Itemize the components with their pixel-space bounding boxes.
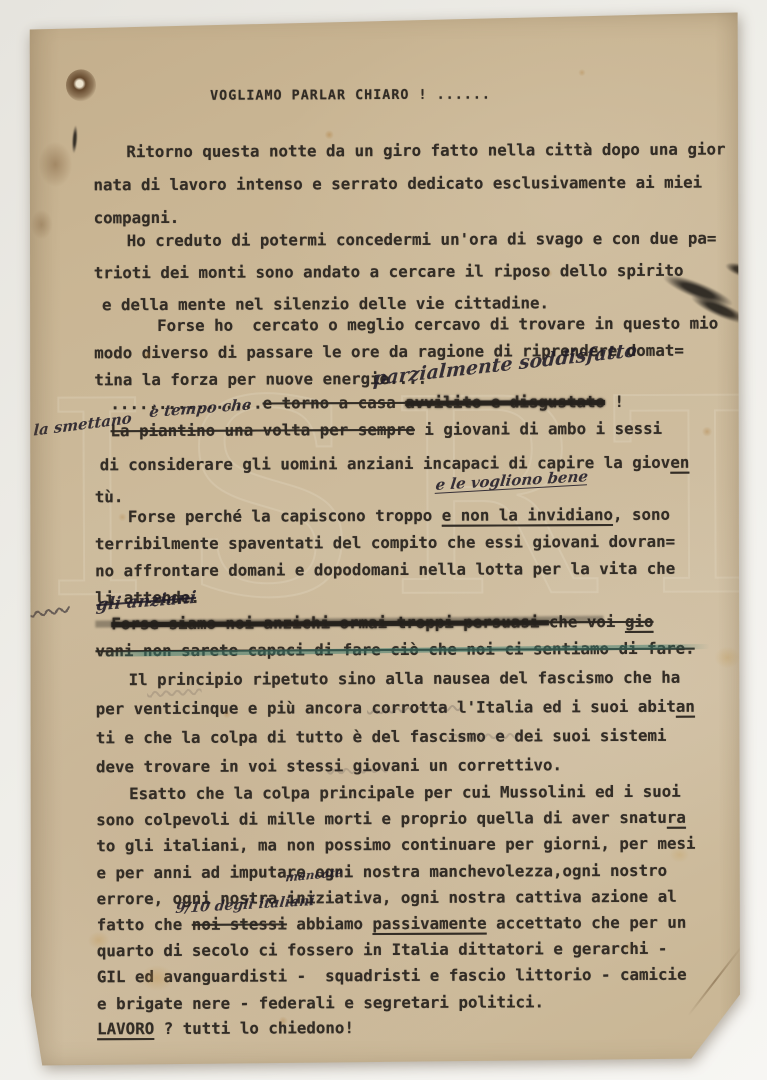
ink-scribble: mmmmmmmmm bbox=[327, 754, 389, 771]
typed-line: nata di lavoro intenso e serrato dedicat… bbox=[93, 166, 721, 202]
typed-paragraph: LAVORO ? tutti lo chiedono! bbox=[97, 1013, 725, 1043]
typed-text-segment: Forse siamo noi anzichi ormai troppi per… bbox=[111, 612, 549, 633]
paper-stain bbox=[578, 69, 586, 76]
typed-line: di considerare gli uomini anziani incapa… bbox=[95, 447, 723, 482]
typed-text-segment: Forse perché la capiscono troppo bbox=[128, 506, 442, 526]
typed-paragraph: La piantino una volta per sempre i giova… bbox=[94, 415, 722, 445]
typed-line: Forse ho cercato o meglio cercavo di tro… bbox=[94, 310, 722, 340]
document-page: ISRT VOGLIAMO PARLAR CHIARO ! ...... Rit… bbox=[24, 10, 749, 1069]
typed-text-segment: noi stessi bbox=[192, 914, 287, 933]
ink-smudge bbox=[724, 260, 760, 282]
typed-line: GIL ed avanguardisti - squadristi e fasc… bbox=[97, 962, 725, 991]
typed-text-segment: to gli italiani, ma non possimo continua… bbox=[96, 834, 695, 856]
typed-text-segment: GIL ed avanguardisti - squadristi e fasc… bbox=[97, 965, 687, 987]
typed-line: La piantino una volta per sempre i giova… bbox=[94, 415, 722, 445]
typed-text-segment: che voi bbox=[549, 612, 625, 631]
typed-text-segment: trioti dei monti sono andato a cercare i… bbox=[94, 261, 684, 283]
typed-text-segment: ra bbox=[667, 808, 686, 827]
typed-line: no affrontare domani e dopodomani nella … bbox=[95, 555, 723, 585]
scan-background: ISRT VOGLIAMO PARLAR CHIARO ! ...... Rit… bbox=[0, 0, 767, 1080]
typed-text-segment: Ho creduto di potermi concedermi un'ora … bbox=[127, 229, 717, 251]
typed-text-segment: Il principio ripetuto sino alla nausea d… bbox=[129, 668, 681, 689]
paper-stain bbox=[31, 209, 53, 239]
typed-line: LAVORO ? tutti lo chiedono! bbox=[97, 1013, 725, 1043]
typed-text-segment: passivamente bbox=[372, 914, 486, 933]
typed-text-segment: no affrontare domani e dopodomani nella … bbox=[95, 559, 675, 581]
typed-text-segment: terribilmente spaventati del compito che… bbox=[95, 532, 675, 554]
typed-text-segment: vani non sarete capaci di fare ciò che n… bbox=[95, 639, 694, 661]
typed-line: ti e che la colpa di tutto è del fascism… bbox=[96, 721, 724, 753]
typed-line: Forse perché la capiscono troppo e non l… bbox=[95, 501, 723, 531]
typed-line: terribilmente spaventati del compito che… bbox=[95, 528, 723, 558]
typed-text-segment: gio bbox=[625, 612, 654, 631]
typed-text-segment: LAVORO bbox=[97, 1019, 154, 1038]
paper-stain bbox=[66, 69, 96, 101]
typed-paragraph: Ho creduto di potermi concedermi un'ora … bbox=[94, 223, 722, 322]
typed-text-segment: ! bbox=[605, 392, 624, 411]
typed-line: Ho creduto di potermi concedermi un'ora … bbox=[94, 223, 722, 258]
ink-scribble: mmmmmmmmmmm bbox=[447, 720, 522, 737]
typed-paragraph: Esatto che la colpa principale per cui M… bbox=[96, 779, 725, 1018]
ink-scribble: mmmmmmmm bbox=[146, 676, 201, 694]
typed-text-segment: abbiamo bbox=[287, 914, 373, 933]
typed-text-segment: ? tutti lo chiedono! bbox=[154, 1018, 354, 1038]
typed-text-segment: en bbox=[670, 453, 689, 472]
typed-line: Esatto che la colpa principale per cui M… bbox=[96, 779, 724, 808]
typed-text-segment: avvilito e disgustato bbox=[405, 392, 605, 412]
typed-text-segment: e brigate nere - federali e segretari po… bbox=[97, 992, 544, 1013]
typed-text-segment: sono colpevoli di mille morti e proprio … bbox=[96, 808, 667, 829]
typed-text-segment: an bbox=[676, 697, 695, 716]
typed-text-segment: e per anni ad imputare ogni nostra manch… bbox=[96, 860, 667, 881]
paper-shadow-wrap: ISRT VOGLIAMO PARLAR CHIARO ! ...... Rit… bbox=[26, 12, 746, 1068]
typed-text-segment: i giovani di ambo i sessi bbox=[415, 419, 662, 439]
typed-text-segment: fatto che bbox=[97, 915, 192, 934]
typed-text-segment: e non la invidiano bbox=[442, 505, 613, 525]
typed-line: sono colpevoli di mille morti e proprio … bbox=[96, 805, 724, 834]
typed-text-segment: Ritorno questa notte da un giro fatto ne… bbox=[126, 140, 725, 162]
typed-text-segment: La piantino una volta per sempre bbox=[110, 420, 414, 440]
paper-stain bbox=[38, 141, 72, 187]
ink-scribble: mmmmmm bbox=[27, 594, 70, 615]
typed-text-segment: Forse ho cercato o meglio cercavo di tro… bbox=[157, 314, 718, 335]
typed-line: to gli italiani, ma non possimo continua… bbox=[96, 831, 724, 860]
typed-line: vani non sarete capaci di fare ciò che n… bbox=[95, 635, 723, 665]
typed-text-segment: e torno a casa bbox=[263, 393, 406, 413]
typed-text-segment: , sono bbox=[613, 505, 670, 524]
typed-line: quarto di secolo ci fossero in Italia di… bbox=[97, 936, 725, 965]
typed-paragraph: Ritorno questa notte da un giro fatto ne… bbox=[93, 133, 721, 235]
typed-line: trioti dei monti sono andato a cercare i… bbox=[94, 255, 722, 290]
document-title: VOGLIAMO PARLAR CHIARO ! ...... bbox=[210, 88, 491, 104]
typed-text-segment: nata di lavoro intenso e serrato dedicat… bbox=[93, 173, 702, 195]
typed-text-segment: accettato che per un bbox=[487, 913, 687, 933]
typed-line: e per anni ad imputare ogni nostra manch… bbox=[96, 857, 724, 886]
typed-line: Ritorno questa notte da un giro fatto ne… bbox=[93, 133, 721, 169]
typed-line: Forse siamo noi anzichi ormai troppi per… bbox=[95, 608, 723, 638]
ink-smudge bbox=[71, 125, 78, 153]
typed-text-segment: ti e che la colpa di tutto è del fascism… bbox=[96, 726, 667, 747]
typed-line: deve trovare in voi stessi giovani un co… bbox=[96, 750, 724, 782]
typed-paragraph: Forse siamo noi anzichi ormai troppi per… bbox=[95, 608, 723, 665]
typed-text-segment: quarto di secolo ci fossero in Italia di… bbox=[97, 939, 668, 960]
typed-text-segment: Esatto che la colpa principale per cui M… bbox=[129, 782, 681, 803]
